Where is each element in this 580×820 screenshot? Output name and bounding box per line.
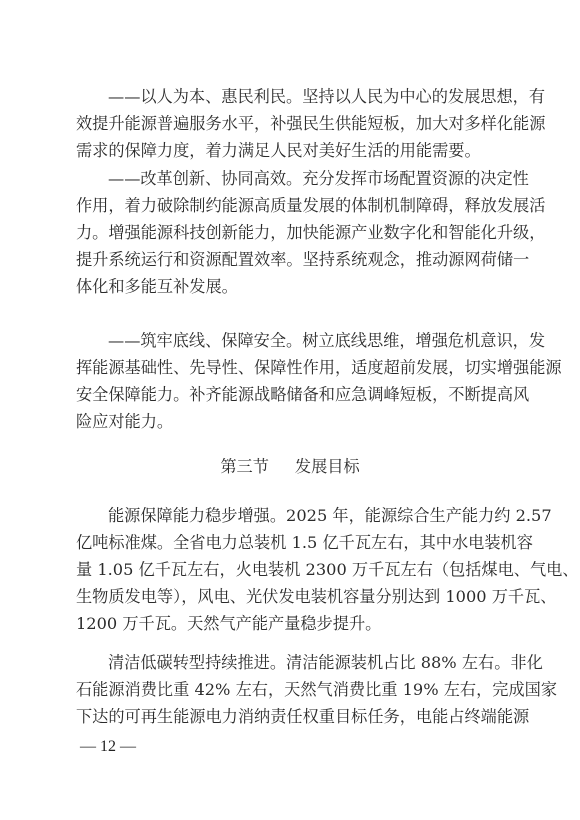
- paragraph-line: 提升系统运行和资源配置效率。坚持系统观念，推动源网荷储一: [76, 249, 508, 271]
- paragraph-line: ——筑牢底线、保障安全。树立底线思维，增强危机意识，发: [108, 330, 508, 352]
- section-heading: 第三节发展目标: [0, 456, 580, 478]
- paragraph-line: 石能源消费比重 42% 左右，天然气消费比重 19% 左右，完成国家: [76, 679, 508, 701]
- paragraph-line: ——以人为本、惠民利民。坚持以人民为中心的发展思想，有: [108, 86, 508, 108]
- section-number: 第三节: [220, 457, 269, 476]
- document-page: ——以人为本、惠民利民。坚持以人民为中心的发展思想，有 效提升能源普遍服务水平，…: [0, 0, 580, 820]
- paragraph-line: 量 1.05 亿千瓦左右，火电装机 2300 万千瓦左右（包括煤电、气电、: [76, 559, 508, 581]
- paragraph-line: 能源保障能力稳步增强。2025 年，能源综合生产能力约 2.57: [108, 505, 508, 527]
- paragraph-line: 体化和多能互补发展。: [76, 276, 508, 298]
- paragraph-line: 效提升能源普遍服务水平，补强民生供能短板，加大对多样化能源: [76, 113, 508, 135]
- paragraph-line: 挥能源基础性、先导性、保障性作用，适度超前发展，切实增强能源: [76, 357, 508, 379]
- paragraph-line: 险应对能力。: [76, 411, 508, 433]
- paragraph-line: ——改革创新、协同高效。充分发挥市场配置资源的决定性: [108, 168, 508, 190]
- paragraph-line: 安全保障能力。补齐能源战略储备和应急调峰短板，不断提高风: [76, 384, 508, 406]
- paragraph-line: 需求的保障力度，着力满足人民对美好生活的用能需要。: [76, 140, 508, 162]
- page-number: — 12 —: [80, 737, 136, 757]
- paragraph-line: 亿吨标准煤。全省电力总装机 1.5 亿千瓦左右，其中水电装机容: [76, 532, 508, 554]
- section-title: 发展目标: [295, 457, 360, 476]
- paragraph-line: 下达的可再生能源电力消纳责任权重目标任务，电能占终端能源: [76, 706, 508, 728]
- paragraph-line: 清洁低碳转型持续推进。清洁能源装机占比 88% 左右。非化: [108, 652, 508, 674]
- paragraph-line: 力。增强能源科技创新能力，加快能源产业数字化和智能化升级，: [76, 222, 508, 244]
- paragraph-line: 作用，着力破除制约能源高质量发展的体制机制障碍，释放发展活: [76, 195, 508, 217]
- paragraph-line: 生物质发电等），风电、光伏发电装机容量分别达到 1000 万千瓦、: [76, 586, 508, 608]
- paragraph-line: 1200 万千瓦。天然气产能产量稳步提升。: [76, 613, 508, 635]
